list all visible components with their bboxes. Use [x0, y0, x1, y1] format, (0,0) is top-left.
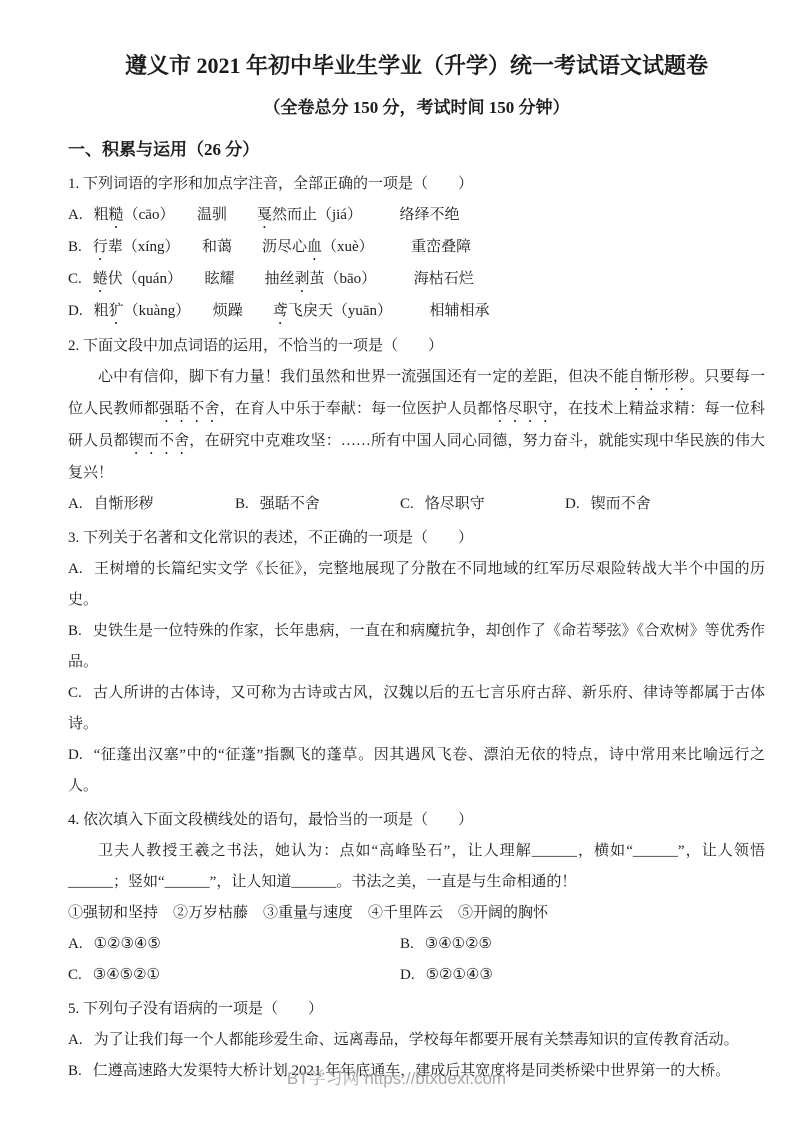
option-label: B.	[68, 239, 82, 255]
page-subtitle: （全卷总分 150 分，考试时间 150 分钟）	[68, 95, 765, 121]
option-text: 恪尽职守	[425, 496, 485, 512]
option-label: A.	[68, 496, 83, 512]
question-2-options: A.自惭形秽 B.强聒不舍 C.恪尽职守 D.锲而不舍	[68, 489, 765, 520]
option-text: 蜷伏（quán） 眩耀 抽丝剥茧（bāo） 海枯石烂	[93, 271, 474, 287]
question-2-stem: 2. 下面文段中加点词语的运用，不恰当的一项是（ ）	[68, 331, 765, 362]
option-text: 粗糙（cāo） 温驯 戛然而止（jiá） 络绎不绝	[94, 207, 460, 223]
question-4-passage: 卫夫人教授王羲之书法，她认为：点如“高峰坠石”，让人理解______，横如“__…	[68, 836, 765, 898]
option-label: A.	[68, 1032, 83, 1048]
option-label: B.	[400, 936, 414, 952]
question-3-stem: 3. 下列关于名著和文化常识的表述，不正确的一项是（ ）	[68, 523, 765, 554]
question-5-option-a: A.为了让我们每一个人都能珍爱生命、远离毒品，学校每年都要开展有关禁毒知识的宣传…	[68, 1025, 765, 1056]
question-4-option-c: C.③④⑤②①	[68, 960, 400, 991]
question-5-stem: 5. 下列句子没有语病的一项是（ ）	[68, 994, 765, 1025]
option-label: C.	[400, 496, 414, 512]
question-2-option-c: C.恪尽职守	[400, 489, 565, 520]
option-label: A.	[68, 207, 83, 223]
option-label: C.	[68, 967, 82, 983]
question-4-option-b: B.③④①②⑤	[400, 929, 765, 960]
option-label: C.	[68, 271, 82, 287]
question-1-option-d: D.粗犷（kuàng） 烦躁 鸢飞戾天（yuān） 相辅相承	[68, 296, 765, 328]
option-label: A.	[68, 936, 83, 952]
option-text: 为了让我们每一个人都能珍爱生命、远离毒品，学校每年都要开展有关禁毒知识的宣传教育…	[94, 1032, 739, 1048]
option-text: 锲而不舍	[591, 496, 651, 512]
option-text: ①②③④⑤	[94, 936, 161, 952]
option-label: B.	[235, 496, 249, 512]
option-text: 行辈（xíng） 和蔼 沥尽心血（xuè） 重峦叠障	[93, 239, 471, 255]
option-label: D.	[68, 303, 83, 319]
option-label: D.	[68, 747, 83, 763]
question-1: 1. 下列词语的字形和加点字注音，全部正确的一项是（ ） A.粗糙（cāo） 温…	[68, 169, 765, 328]
option-text: ⑤②①④③	[426, 967, 493, 983]
section-heading: 一、积累与运用（26 分）	[68, 136, 765, 164]
question-2-passage: 心中有信仰，脚下有力量！我们虽然和世界一流强国还有一定的差距，但决不能自惭形秽。…	[68, 362, 765, 489]
option-text: 粗犷（kuàng） 烦躁 鸢飞戾天（yuān） 相辅相承	[94, 303, 490, 319]
watermark-footer: BT学习网 https://btxuexi.com	[0, 1064, 793, 1089]
option-label: C.	[68, 685, 82, 701]
option-label: A.	[68, 561, 83, 577]
option-text: “征蓬出汉塞”中的“征蓬”指飘飞的蓬草。因其遇风飞卷、漂泊无依的特点，诗中常用来…	[68, 747, 765, 794]
option-text: ③④⑤②①	[93, 967, 160, 983]
question-4-items: ①强韧和坚持 ②万岁枯藤 ③重量与速度 ④千里阵云 ⑤开阔的胸怀	[68, 898, 765, 929]
page-title: 遵义市 2021 年初中毕业生学业（升学）统一考试语文试题卷	[68, 50, 765, 82]
watermark-text: BT学习网 https://btxuexi.com	[287, 1069, 506, 1088]
question-1-option-b: B.行辈（xíng） 和蔼 沥尽心血（xuè） 重峦叠障	[68, 232, 765, 264]
question-4-option-a: A.①②③④⑤	[68, 929, 400, 960]
option-text: 王树增的长篇纪实文学《长征》，完整地展现了分散在不同地域的红军历尽艰险转战大半个…	[68, 561, 765, 608]
question-3-option-c: C.古人所讲的古体诗，又可称为古诗或古风，汉魏以后的五七言乐府古辞、新乐府、律诗…	[68, 678, 765, 740]
option-label: D.	[565, 496, 580, 512]
question-3-option-a: A.王树增的长篇纪实文学《长征》，完整地展现了分散在不同地域的红军历尽艰险转战大…	[68, 554, 765, 616]
option-text: 史铁生是一位特殊的作家，长年患病，一直在和病魔抗争，却创作了《命若琴弦》《合欢树…	[68, 623, 765, 670]
page-content: 遵义市 2021 年初中毕业生学业（升学）统一考试语文试题卷 （全卷总分 150…	[0, 0, 793, 1087]
option-label: D.	[400, 967, 415, 983]
question-3-option-b: B.史铁生是一位特殊的作家，长年患病，一直在和病魔抗争，却创作了《命若琴弦》《合…	[68, 616, 765, 678]
question-1-stem: 1. 下列词语的字形和加点字注音，全部正确的一项是（ ）	[68, 169, 765, 200]
question-3-option-d: D.“征蓬出汉塞”中的“征蓬”指飘飞的蓬草。因其遇风飞卷、漂泊无依的特点，诗中常…	[68, 740, 765, 802]
question-2-option-b: B.强聒不舍	[235, 489, 400, 520]
option-text: 古人所讲的古体诗，又可称为古诗或古风，汉魏以后的五七言乐府古辞、新乐府、律诗等都…	[68, 685, 765, 732]
option-text: 自惭形秽	[94, 496, 154, 512]
question-1-option-a: A.粗糙（cāo） 温驯 戛然而止（jiá） 络绎不绝	[68, 200, 765, 232]
option-label: B.	[68, 623, 82, 639]
question-4-stem: 4. 依次填入下面文段横线处的语句，最恰当的一项是（ ）	[68, 805, 765, 836]
question-4-option-d: D.⑤②①④③	[400, 960, 765, 991]
exam-paper-page: 遵义市 2021 年初中毕业生学业（升学）统一考试语文试题卷 （全卷总分 150…	[0, 0, 793, 1122]
question-2-option-a: A.自惭形秽	[68, 489, 235, 520]
question-2-option-d: D.锲而不舍	[565, 489, 765, 520]
option-text: 强聒不舍	[260, 496, 320, 512]
question-1-option-c: C.蜷伏（quán） 眩耀 抽丝剥茧（bāo） 海枯石烂	[68, 264, 765, 296]
option-text: ③④①②⑤	[425, 936, 492, 952]
question-4-options: A.①②③④⑤ B.③④①②⑤ C.③④⑤②① D.⑤②①④③	[68, 929, 765, 991]
question-3: 3. 下列关于名著和文化常识的表述，不正确的一项是（ ） A.王树增的长篇纪实文…	[68, 523, 765, 802]
question-2: 2. 下面文段中加点词语的运用，不恰当的一项是（ ） 心中有信仰，脚下有力量！我…	[68, 331, 765, 520]
question-4: 4. 依次填入下面文段横线处的语句，最恰当的一项是（ ） 卫夫人教授王羲之书法，…	[68, 805, 765, 991]
